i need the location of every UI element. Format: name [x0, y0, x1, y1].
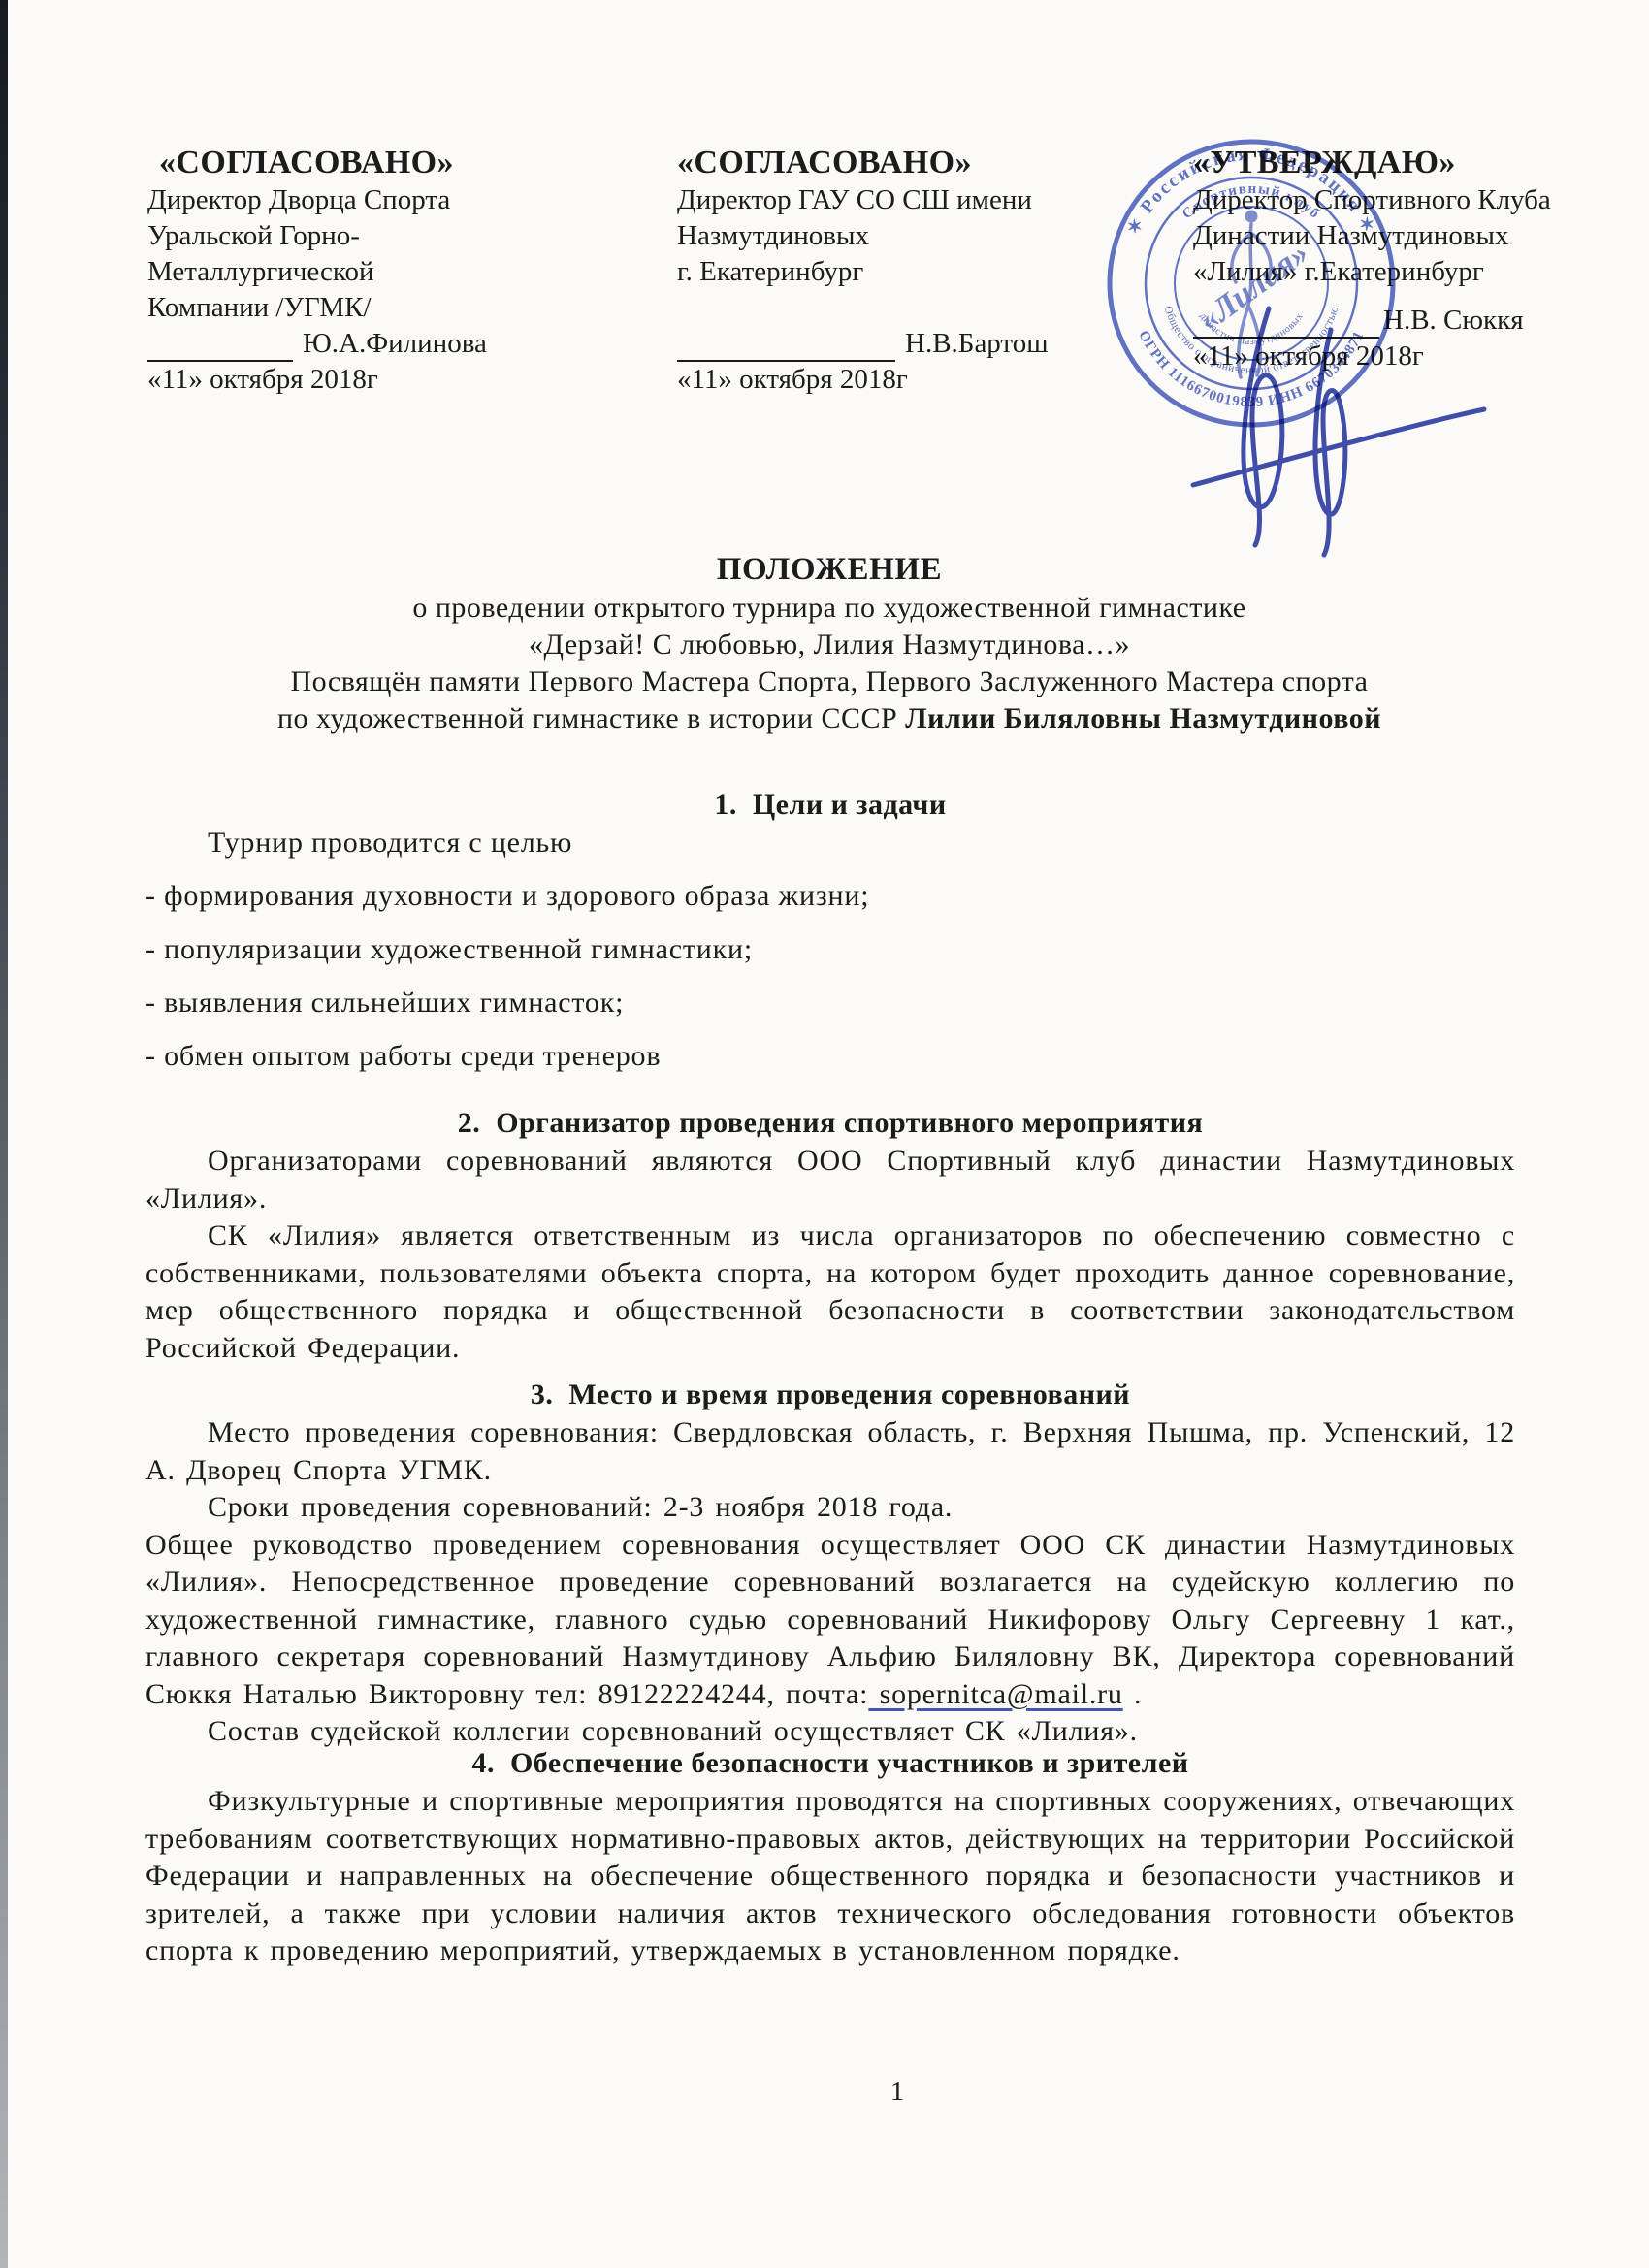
signature-row: Н.В.Бартош [677, 326, 1067, 362]
section-place-time: 3. Место и время проведения соревнований… [145, 1376, 1515, 1751]
section-4-heading: 4. Обеспечение безопасности участников и… [145, 1744, 1515, 1783]
signature-row: Н.В. Сюккя [1193, 303, 1554, 339]
goal-item: - выявления сильнейших гимнасток; [145, 985, 1515, 1021]
org-line: Назмутдиновых [677, 218, 1067, 254]
goal-item: - популяризации художественной гимнастик… [145, 931, 1515, 968]
section-goals: 1. Цели и задачи Турнир проводится с цел… [145, 786, 1515, 1075]
section-3-paragraph: Сроки проведения соревнований: 2-3 ноябр… [145, 1489, 1515, 1527]
signature-row: Ю.А.Филинова [147, 326, 489, 362]
signer-name: Н.В.Бартош [905, 326, 1049, 362]
scan-edge-shadow [0, 0, 8, 2268]
section-organizer: 2. Организатор проведения спортивного ме… [145, 1104, 1515, 1367]
dedication-name-bold: Лилии Биляловны Назмутдиновой [905, 702, 1381, 734]
org-line: Директор Спортивного Клуба [1193, 182, 1554, 218]
approval-heading: «СОГЛАСОВАНО» [147, 144, 489, 182]
section-1-intro: Турнир проводится с целью [145, 825, 1515, 861]
title-dedication-line1: Посвящён памяти Первого Мастера Спорта, … [145, 664, 1513, 700]
section-safety: 4. Обеспечение безопасности участников и… [145, 1744, 1515, 1970]
management-text-end: . [1123, 1678, 1143, 1710]
org-line: Металлургической [147, 254, 489, 290]
org-line: «Лилия» г.Екатеринбург [1193, 254, 1554, 290]
email-link[interactable]: sopernitca@mail.ru [868, 1678, 1122, 1710]
org-line: Уральской Горно- [147, 218, 489, 254]
section-1-heading: 1. Цели и задачи [145, 786, 1515, 825]
signer-name: Ю.А.Филинова [303, 326, 487, 362]
page-number: 1 [878, 2076, 917, 2108]
section-4-paragraph: Физкультурные и спортивные мероприятия п… [145, 1783, 1515, 1970]
org-line: Компании /УГМК/ [147, 290, 489, 326]
approval-block-club: «УТВЕРЖДАЮ» Директор Спортивного Клуба Д… [1193, 144, 1554, 374]
approval-date: «11» октября 2018г [1193, 339, 1554, 374]
goal-item: - обмен опытом работы среди тренеров [145, 1038, 1515, 1075]
signature-blank-line [677, 334, 895, 362]
approval-block-school: «СОГЛАСОВАНО» Директор ГАУ СО СШ имени Н… [677, 144, 1067, 398]
approval-heading: «УТВЕРЖДАЮ» [1193, 144, 1554, 182]
blank-line [677, 290, 1067, 326]
management-text: Общее руководство проведением соревнован… [145, 1529, 1515, 1710]
section-2-paragraph: Организаторами соревнований являются ООО… [145, 1143, 1515, 1217]
org-line: г. Екатеринбург [677, 254, 1067, 290]
section-3-heading: 3. Место и время проведения соревнований [145, 1376, 1515, 1414]
approval-heading: «СОГЛАСОВАНО» [677, 144, 1067, 182]
signer-name: Н.В. Сюккя [1383, 303, 1524, 339]
goal-item: - формирования духовности и здорового об… [145, 878, 1515, 915]
title-dedication-line2: по художественной гимнастике в истории С… [145, 700, 1513, 737]
org-line: Директор ГАУ СО СШ имени [677, 182, 1067, 218]
document-title: ПОЛОЖЕНИЕ [145, 549, 1513, 590]
signature-blank-line [1193, 310, 1379, 339]
section-3-management-paragraph: Общее руководство проведением соревнован… [145, 1527, 1515, 1714]
section-3-paragraph: Место проведения соревнования: Свердловс… [145, 1414, 1515, 1489]
document-page: «СОГЛАСОВАНО» Директор Дворца Спорта Ура… [0, 0, 1649, 2268]
approval-date: «11» октября 2018г [147, 362, 489, 398]
approval-date: «11» октября 2018г [677, 362, 1067, 398]
dedication-normal: по художественной гимнастике в истории С… [277, 702, 905, 734]
org-line: Директор Дворца Спорта [147, 182, 489, 218]
approval-block-ugmk: «СОГЛАСОВАНО» Директор Дворца Спорта Ура… [147, 144, 489, 398]
title-motto: «Дерзай! С любовью, Лилия Назмутдинова…» [145, 627, 1513, 664]
org-line: Династии Назмутдиновых [1193, 218, 1554, 254]
title-block: ПОЛОЖЕНИЕ о проведении открытого турнира… [145, 549, 1513, 737]
section-2-paragraph: СК «Лилия» является ответственным из чис… [145, 1217, 1515, 1367]
section-2-heading: 2. Организатор проведения спортивного ме… [145, 1104, 1515, 1143]
signature-blank-line [147, 334, 293, 362]
title-subtitle: о проведении открытого турнира по художе… [145, 590, 1513, 627]
